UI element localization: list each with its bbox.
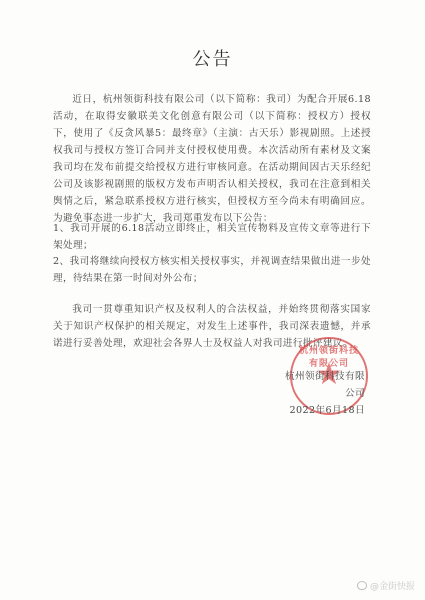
watermark-text: @金街快报 — [370, 579, 415, 592]
announcement-page: 公告 近日，杭州领街科技有限公司（以下简称：我司）为配合开展6.18活动，在取得… — [0, 0, 425, 600]
document-title: 公告 — [0, 45, 425, 71]
intro-paragraph: 近日，杭州领街科技有限公司（以下简称：我司）为配合开展6.18活动，在取得安徽联… — [53, 91, 371, 227]
signature-date: 2022年6月18日 — [285, 402, 365, 419]
list-item-1: 1、我司开展的6.18活动立即终止，相关宣传物料及宣传文章等进行下架处理； — [53, 220, 371, 254]
list-item-2: 2、我司将继续向授权方核实相关授权事实，并视调查结果做出进一步处理，待结果在第一… — [53, 253, 371, 287]
signature-company: 杭州领街科技有限公司 — [285, 368, 365, 402]
signature-block: 杭州领街科技有限公司 2022年6月18日 — [285, 368, 365, 419]
weibo-icon — [357, 581, 367, 590]
weibo-watermark: @金街快报 — [357, 579, 415, 592]
